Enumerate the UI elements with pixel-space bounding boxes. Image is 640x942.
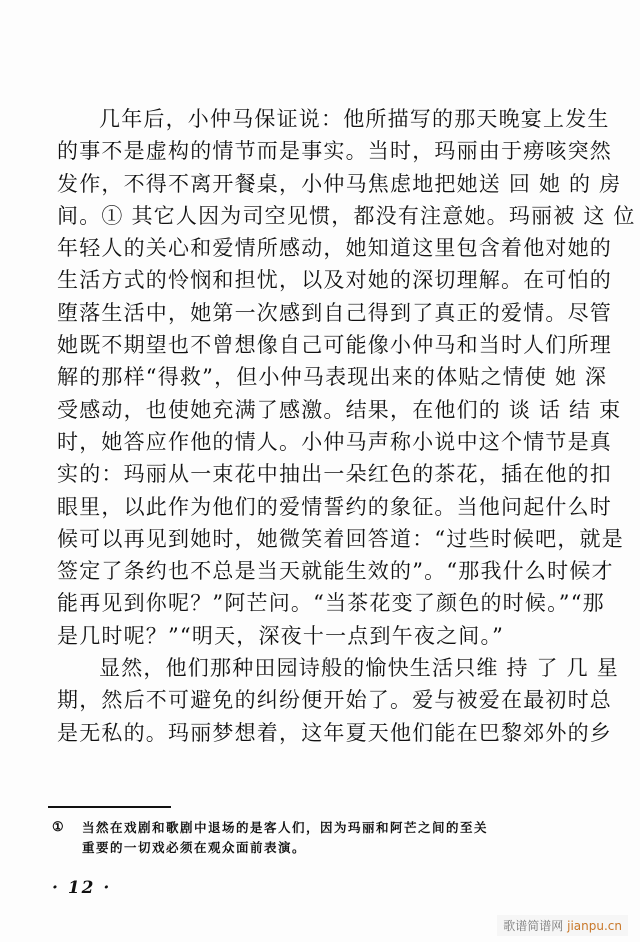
text-line: 眼里，以此作为他们的爱情誓约的象征。当他问起什么时 <box>57 491 597 523</box>
book-page: 几年后，小仲马保证说：他所描写的那天晚宴上发生 的事不是虚构的情节而是事实。当时… <box>0 0 640 942</box>
text-line: 是无私的。玛丽梦想着，这年夏天他们能在巴黎郊外的乡 <box>57 717 597 749</box>
text-line: 受感动，也使她充满了感激。结果，在他们的 谈 话 结 束 <box>57 394 597 426</box>
text-line: 期，然后不可避免的纠纷便开始了。爱与被爱在最初时总 <box>57 684 597 716</box>
watermark-url: jianpu.cn <box>567 919 622 933</box>
text-line: 堕落生活中，她第一次感到自己得到了真正的爱情。尽管 <box>57 297 597 329</box>
text-line: 几年后，小仲马保证说：他所描写的那天晚宴上发生 <box>57 103 597 135</box>
text-line: 年轻人的关心和爱情所感动，她知道这里包含着他对她的 <box>57 232 597 264</box>
page-number: · 12 · <box>52 878 111 898</box>
watermark: 歌谱简谱网 jianpu.cn <box>497 915 628 936</box>
text-line: 发作，不得不离开餐桌，小仲马焦虑地把她送 回 她 的 房 <box>57 168 597 200</box>
footnote-marker: ① <box>52 818 64 838</box>
text-line: 生活方式的怜悯和担忧，以及对她的深切理解。在可怕的 <box>57 264 597 296</box>
text-line: 实的：玛丽从一束花中抽出一朵红色的茶花，插在他的扣 <box>57 458 597 490</box>
body-text: 几年后，小仲马保证说：他所描写的那天晚宴上发生 的事不是虚构的情节而是事实。当时… <box>57 103 597 749</box>
footnote: ① 当然在戏剧和歌剧中退场的是客人们，因为玛丽和阿芒之间的至关 重要的一切戏必须… <box>82 818 592 858</box>
text-line: 是几时呢？”“明天，深夜十一点到午夜之间。” <box>57 620 597 652</box>
text-line: 候可以再见到她时，她微笑着回答道：“过些时候吧，就是 <box>57 523 597 555</box>
footnote-divider <box>48 806 171 808</box>
footnote-line: 当然在戏剧和歌剧中退场的是客人们，因为玛丽和阿芒之间的至关 <box>82 818 592 838</box>
text-line: 间。① 其它人因为司空见惯，都没有注意她。玛丽被 这 位 <box>57 200 597 232</box>
footnote-line: 重要的一切戏必须在观众面前表演。 <box>82 838 592 858</box>
text-line: 能再见到你呢？”阿芒问。“当茶花变了颜色的时候。”“那 <box>57 587 597 619</box>
text-line: 时，她答应作他的情人。小仲马声称小说中这个情节是真 <box>57 426 597 458</box>
text-line: 签定了条约也不总是当天就能生效的”。“那我什么时候才 <box>57 555 597 587</box>
text-line: 的事不是虚构的情节而是事实。当时，玛丽由于痨咳突然 <box>57 135 597 167</box>
text-line: 解的那样“得救”，但小仲马表现出来的体贴之情使 她 深 <box>57 361 597 393</box>
text-line: 她既不期望也不曾想像自己可能像小仲马和当时人们所理 <box>57 329 597 361</box>
text-line: 显然，他们那种田园诗般的愉快生活只维 持 了 几 星 <box>57 652 597 684</box>
watermark-site-name: 歌谱简谱网 <box>503 919 563 933</box>
